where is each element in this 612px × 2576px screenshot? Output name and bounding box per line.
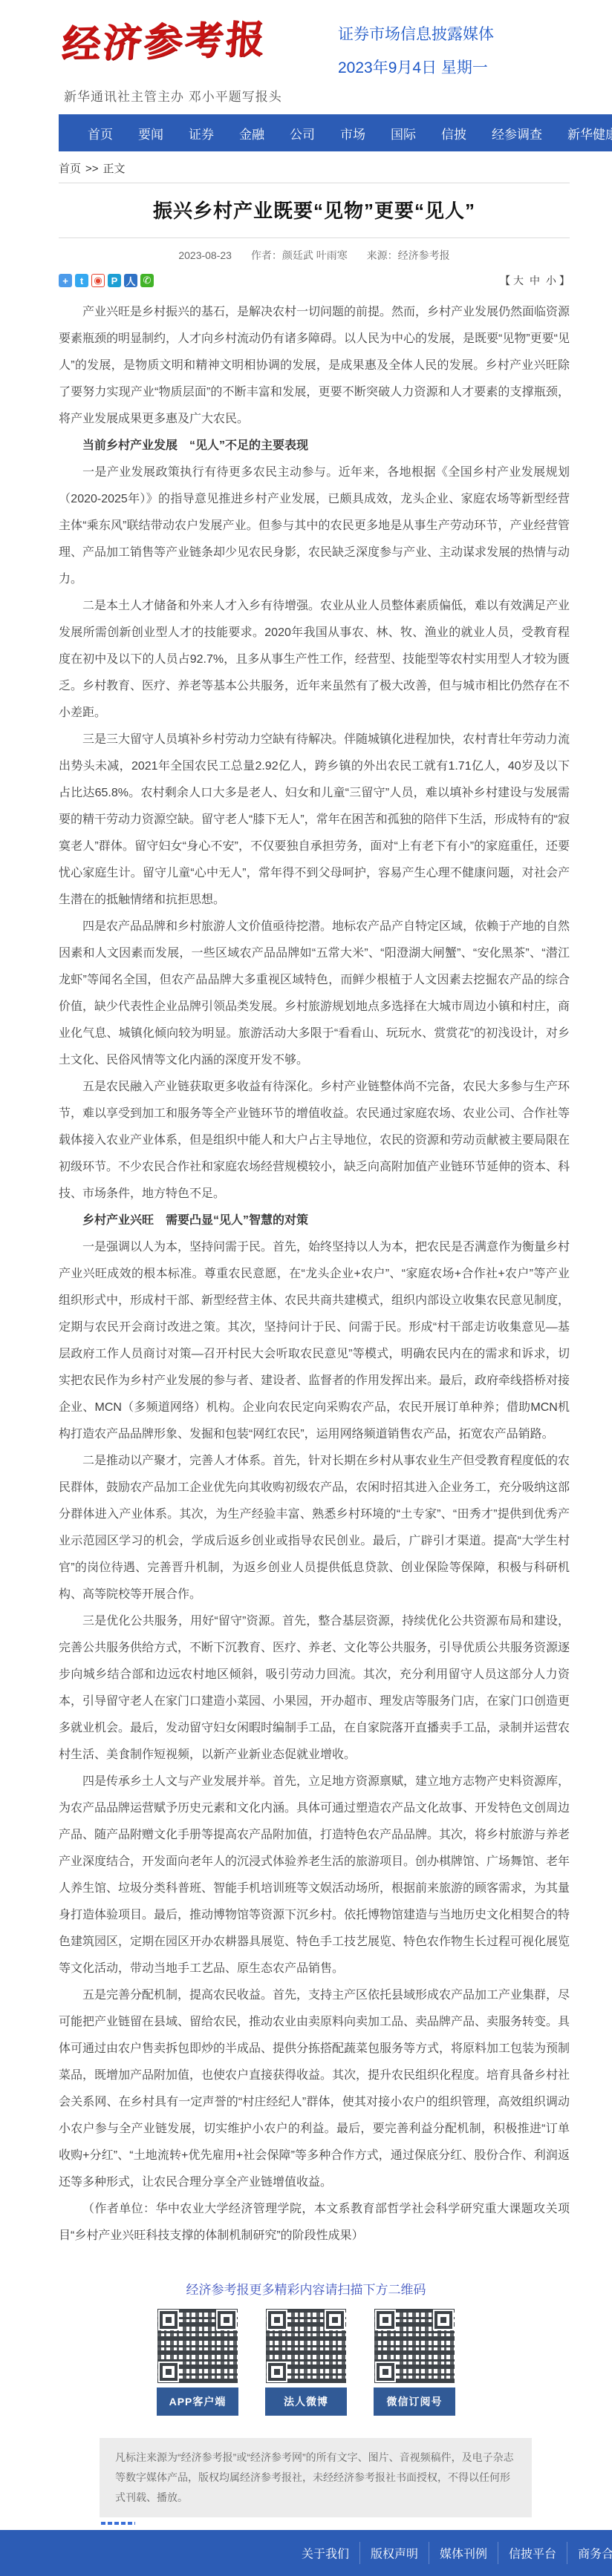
qr-item: 法人微博 — [265, 2309, 347, 2416]
masthead-slogan: 证券市场信息披露媒体 — [338, 18, 494, 51]
masthead-info: 证券市场信息披露媒体 2023年9月4日 星期一 — [338, 18, 494, 85]
footer-link[interactable]: 媒体刊例 — [429, 2543, 498, 2564]
qr-code-image — [157, 2309, 238, 2383]
article-paragraph: 三是三大留守人员填补乡村劳动力空缺有待解决。伴随城镇化进程加快，农村青壮年劳动力… — [59, 727, 570, 914]
article-paragraph: 一是产业发展政策执行有待更多农民主动参与。近年来，各地根据《全国乡村产业发展规划… — [59, 459, 570, 593]
nav-item[interactable]: 公司 — [277, 124, 328, 142]
footer-link[interactable]: 信披平台 — [498, 2543, 567, 2564]
wechat-icon[interactable]: ✆ — [140, 274, 154, 287]
breadcrumb-home-link[interactable]: 首页 — [59, 163, 81, 175]
qr-item: 微信订阅号 — [374, 2309, 455, 2416]
footer-link[interactable]: 关于我们 — [291, 2543, 360, 2564]
article-paragraph: 产业兴旺是乡村振兴的基石，是解决农村一切问题的前提。然而，乡村产业发展仍然面临资… — [59, 299, 570, 433]
font-size-option[interactable]: 小 — [546, 275, 556, 286]
article-paragraph: 一是强调以人为本，坚持问需于民。首先，始终坚持以人为本，把农民是否满意作为衡量乡… — [59, 1234, 570, 1448]
masthead-tagline: 新华通讯社主管主办 邓小平题写报头 — [64, 86, 282, 105]
qr-code-image — [374, 2309, 455, 2383]
qr-corner-marker — [274, 2369, 280, 2375]
qr-item: APP客户端 — [157, 2309, 238, 2416]
article-source: 来源：经济参考报 — [367, 249, 450, 261]
nav-item[interactable]: 新华健康 — [555, 124, 612, 142]
article-meta: 2023-08-23 作者：颜廷武 叶雨寒 来源：经济参考报 — [59, 238, 570, 269]
article-paragraph: 五是完善分配机制，提高农民收益。首先，支持主产区依托县域形成农产品加工产业集群，… — [59, 1982, 570, 2196]
breadcrumb-separator: >> — [85, 163, 99, 175]
nav-item[interactable]: 金融 — [227, 124, 277, 142]
article-paragraph: 四是传承乡土人文与产业发展并举。首先，立足地方资源禀赋，建立地方志物产史料资源库… — [59, 1769, 570, 1982]
nav-item[interactable]: 信披 — [429, 124, 479, 142]
masthead-date: 2023年9月4日 星期一 — [338, 51, 494, 85]
footer-links: 关于我们版权声明媒体刊例信披平台商务合作 — [291, 2543, 612, 2564]
font-size-bracket-close: 】 — [559, 275, 570, 286]
footer-link[interactable]: 商务合作 — [567, 2543, 612, 2564]
article-date: 2023-08-23 — [178, 249, 232, 261]
main-nav: 首页要闻证券金融公司市场国际信披经参调查新华健康 — [59, 114, 612, 151]
qr-label-button[interactable]: 法人微博 — [265, 2387, 347, 2416]
share-plus-icon[interactable]: + — [59, 274, 72, 287]
article-body: 产业兴旺是乡村振兴的基石，是解决农村一切问题的前提。然而，乡村产业发展仍然面临资… — [59, 299, 570, 2249]
qr-label-button[interactable]: APP客户端 — [157, 2387, 238, 2416]
nav-item[interactable]: 首页 — [75, 124, 126, 142]
footer-bar: 关于我们版权声明媒体刊例信披平台商务合作 — [0, 2530, 612, 2576]
font-size-option[interactable]: 大 — [513, 275, 524, 286]
tencent-weibo-icon[interactable]: t — [75, 274, 88, 287]
nav-item[interactable]: 证券 — [176, 124, 227, 142]
qr-section: 经济参考报更多精彩内容请扫描下方二维码 APP客户端 法人微博 微信订阅号 — [0, 2279, 612, 2416]
article-title: 振兴乡村产业既要“见物”更要“见人” — [59, 196, 570, 223]
renren-icon[interactable]: 人 — [124, 274, 137, 287]
breadcrumb-current: 正文 — [103, 163, 126, 175]
article-paragraph: 四是农产品品牌和乡村旅游人文价值亟待挖潜。地标农产品产自特定区域，依赖于产地的自… — [59, 914, 570, 1074]
breadcrumb: 首页>>正文 — [59, 151, 570, 183]
nav-item[interactable]: 要闻 — [126, 124, 176, 142]
article-paragraph: 五是农民融入产业链获取更多收益有待深化。乡村产业链整体尚不完备，农民大多参与生产… — [59, 1074, 570, 1207]
article-paragraph: （作者单位：华中农业大学经济管理学院，本文系教育部哲学社会科学研究重大课题攻关项… — [59, 2196, 570, 2249]
qr-code-image — [266, 2309, 346, 2383]
font-size-option[interactable]: 中 — [530, 275, 540, 286]
title-block: 振兴乡村产业既要“见物”更要“见人” — [59, 183, 570, 238]
qr-corner-marker — [166, 2369, 172, 2375]
site-logo[interactable]: 经济参考报 — [60, 7, 270, 68]
share-bar: +t◉P人✆ — [59, 274, 154, 287]
qr-corner-marker — [382, 2369, 388, 2375]
article-paragraph: 乡村产业兴旺 需要凸显“见人”智慧的对策 — [59, 1207, 570, 1234]
article-paragraph: 当前乡村产业发展 “见人”不足的主要表现 — [59, 433, 570, 459]
clipped-link-fragment — [101, 2522, 135, 2525]
qzone-icon[interactable]: P — [108, 274, 121, 287]
page: 经济参考报 新华通讯社主管主办 邓小平题写报头 证券市场信息披露媒体 2023年… — [0, 0, 612, 2576]
qr-label-button[interactable]: 微信订阅号 — [374, 2387, 455, 2416]
nav-item[interactable]: 国际 — [378, 124, 429, 142]
qr-section-title: 经济参考报更多精彩内容请扫描下方二维码 — [0, 2279, 612, 2298]
nav-item[interactable]: 市场 — [328, 124, 378, 142]
article-paragraph: 二是本土人才储备和外来人才入乡有待增强。农业从业人员整体素质偏低，难以有效满足产… — [59, 593, 570, 727]
article-toolbar: +t◉P人✆ 【大中小】 — [59, 269, 570, 289]
qr-row: APP客户端 法人微博 微信订阅号 — [0, 2309, 612, 2416]
footer-link[interactable]: 版权声明 — [360, 2543, 429, 2564]
font-size-control: 【大中小】 — [500, 273, 570, 288]
copyright-disclaimer: 凡标注来源为“经济参考报”或“经济参考网”的所有文字、图片、音视频稿件，及电子杂… — [100, 2438, 532, 2517]
font-size-bracket-open: 【 — [500, 275, 510, 286]
nav-item[interactable]: 经参调查 — [479, 124, 555, 142]
masthead: 经济参考报 新华通讯社主管主办 邓小平题写报头 证券市场信息披露媒体 2023年… — [0, 0, 612, 114]
article-paragraph: 二是推动以产聚才，完善人才体系。首先，针对长期在乡村从事农业生产但受教育程度低的… — [59, 1448, 570, 1608]
article-author: 作者：颜廷武 叶雨寒 — [251, 249, 348, 261]
font-size-options: 大中小 — [510, 275, 559, 286]
article-paragraph: 三是优化公共服务，用好“留守”资源。首先，整合基层资源，持续优化公共资源布局和建… — [59, 1608, 570, 1769]
sina-weibo-icon[interactable]: ◉ — [91, 274, 105, 287]
